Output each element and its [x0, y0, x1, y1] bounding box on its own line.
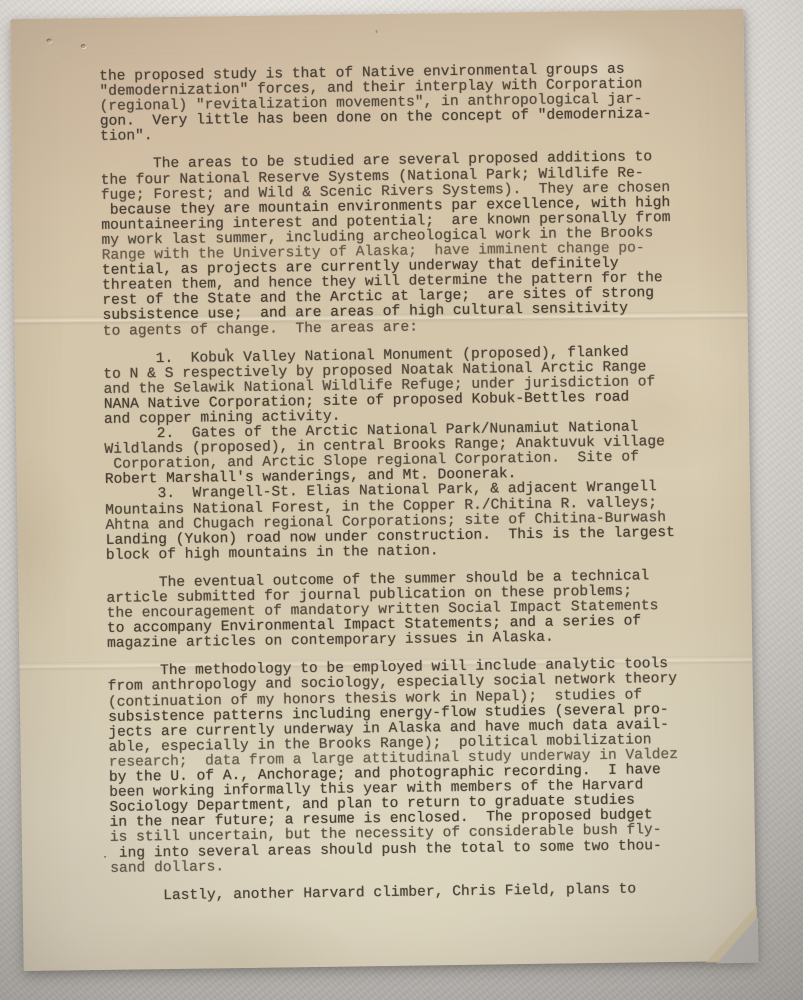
paper-speck: [104, 856, 106, 858]
methodology-paragraph: The methodology to be employed will incl…: [107, 657, 730, 877]
area-item-3: 3. Wrangell-St. Elias National Park, & a…: [105, 480, 726, 564]
typed-line: Lastly, another Harvard climber, Chris F…: [111, 881, 731, 905]
photo-backdrop: the proposed study is that of Native env…: [0, 0, 803, 1000]
typed-text: the proposed study is that of Native env…: [99, 61, 731, 904]
corner-fold-highlight: [705, 906, 758, 963]
areas-paragraph: The areas to be studied are several prop…: [100, 150, 722, 340]
outcome-paragraph: The eventual outcome of the summer shoul…: [106, 568, 727, 652]
closing-paragraph: Lastly, another Harvard climber, Chris F…: [111, 881, 731, 905]
corner-fold: [716, 917, 759, 964]
area-item-2: 2. Gates of the Arctic National Park/Nun…: [104, 419, 725, 488]
continuation-paragraph: the proposed study is that of Native env…: [99, 61, 720, 145]
area-item-1: 1. Kobuk Valley National Monument (propo…: [103, 344, 724, 428]
scanned-letter-page: the proposed study is that of Native env…: [10, 9, 756, 971]
staple-hole: [81, 44, 86, 48]
paper-speck: [376, 30, 378, 33]
staple-hole: [47, 39, 52, 43]
